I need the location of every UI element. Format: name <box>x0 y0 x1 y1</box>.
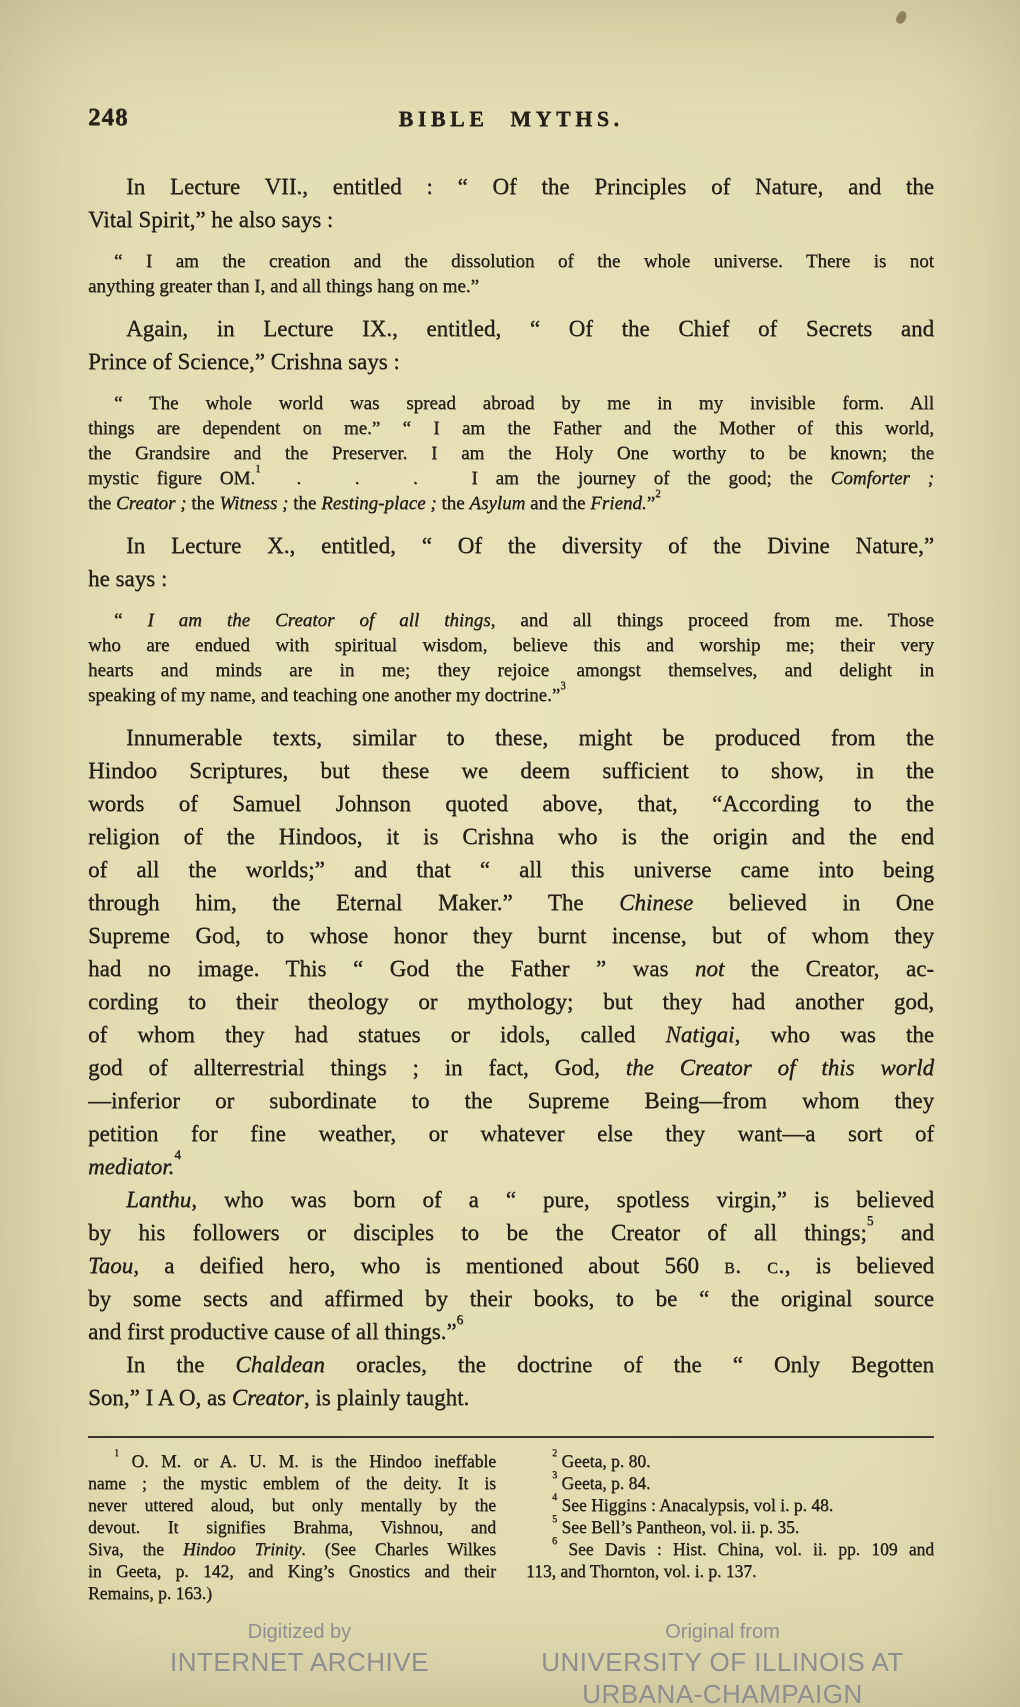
text-line: god of allterrestrial things ; in fact, … <box>88 1051 934 1084</box>
digitized-by-block: Digitized by INTERNET ARCHIVE <box>88 1618 511 1707</box>
text-line: of all the worlds;” and that “ all this … <box>88 853 934 886</box>
text-line: mediator.4 <box>88 1150 934 1183</box>
text-line: petition for fine weather, or whatever e… <box>88 1117 934 1150</box>
text-body: In Lecture VII., entitled : “ Of the Pri… <box>88 170 934 1414</box>
styled-text: the Creator of this world <box>626 1055 934 1080</box>
body-paragraph: In the Chaldean oracles, the doctrine of… <box>88 1348 934 1414</box>
text-line: mystic figure OM.1 . . . I am the journe… <box>88 466 934 491</box>
text-line: cording to their theology or mythology; … <box>88 985 934 1018</box>
styled-text: Comforter ; <box>831 468 934 489</box>
text-line: Again, in Lecture IX., entitled, “ Of th… <box>88 312 934 345</box>
styled-text: Hindoo Trinity <box>183 1539 301 1559</box>
styled-text: Lanthu <box>126 1187 191 1212</box>
internet-archive-label: INTERNET ARCHIVE <box>88 1646 511 1678</box>
text-line: religion of the Hindoos, it is Crishna w… <box>88 820 934 853</box>
quote-paragraph: “ I am the Creator of all things, and al… <box>88 608 934 708</box>
footnote-line: 5 See Bell’s Pantheon, vol. ii. p. 35. <box>526 1516 934 1538</box>
footnote-marker: 2 <box>552 1448 557 1459</box>
footnote-column-left: 1 O. M. or A. U. M. is the Hindoo ineffa… <box>88 1450 496 1604</box>
text-line: the Grandsire and the Preserver. I am th… <box>88 441 934 466</box>
text-line: In Lecture X., entitled, “ Of the divers… <box>88 529 934 562</box>
body-paragraph: In Lecture X., entitled, “ Of the divers… <box>88 529 934 595</box>
body-paragraph: In Lecture VII., entitled : “ Of the Pri… <box>88 170 934 236</box>
original-from-label: Original from <box>511 1618 934 1646</box>
footnote-marker: 1 <box>114 1448 119 1459</box>
text-line: In the Chaldean oracles, the doctrine of… <box>88 1348 934 1381</box>
footnote-marker: 3 <box>560 680 566 692</box>
text-line: by some sects and affirmed by their book… <box>88 1282 934 1315</box>
footnote-line: Remains, p. 163.) <box>88 1582 496 1604</box>
body-paragraph: Innumerable texts, similar to these, mig… <box>88 721 934 1183</box>
footnote-marker: 4 <box>174 1147 181 1162</box>
styled-text: Resting-place ; <box>321 493 437 514</box>
text-line: things are dependent on me.” “ I am the … <box>88 416 934 441</box>
footnote-marker: 6 <box>552 1536 557 1547</box>
footnote-marker: 2 <box>655 488 661 500</box>
text-line: —inferior or subordinate to the Supreme … <box>88 1084 934 1117</box>
styled-text: Creator <box>232 1385 304 1410</box>
footnote-separator <box>88 1436 934 1438</box>
text-line: who are endued with spiritual wisdom, be… <box>88 633 934 658</box>
footnote-marker: 6 <box>457 1312 464 1327</box>
footnotes-section: 1 O. M. or A. U. M. is the Hindoo ineffa… <box>88 1450 934 1604</box>
text-line: words of Samuel Johnson quoted above, th… <box>88 787 934 820</box>
styled-text: Witness ; <box>219 493 288 514</box>
footnote-line: 1 O. M. or A. U. M. is the Hindoo ineffa… <box>88 1450 496 1472</box>
text-line: “ I am the Creator of all things, and al… <box>88 608 934 633</box>
styled-text: not <box>695 956 724 981</box>
quote-paragraph: “ I am the creation and the dissolution … <box>88 249 934 299</box>
footnote-line: 3 Geeta, p. 84. <box>526 1472 934 1494</box>
styled-text: Creator ; <box>116 493 187 514</box>
footnote-marker: 1 <box>255 463 261 475</box>
text-line: anything greater than I, and all things … <box>88 274 934 299</box>
text-line: Innumerable texts, similar to these, mig… <box>88 721 934 754</box>
text-line: Lanthu, who was born of a “ pure, spotle… <box>88 1183 934 1216</box>
text-line: by his followers or disciples to be the … <box>88 1216 934 1249</box>
text-line: Hindoo Scriptures, but these we deem suf… <box>88 754 934 787</box>
styled-text: Natigai <box>665 1022 734 1047</box>
text-line: Prince of Science,” Crishna says : <box>88 345 934 378</box>
text-line: Vital Spirit,” he also says : <box>88 203 934 236</box>
footnote-line: in Geeta, p. 142, and King’s Gnostics an… <box>88 1560 496 1582</box>
text-line: and first productive cause of all things… <box>88 1315 934 1348</box>
text-line: had no image. This “ God the Father ” wa… <box>88 952 934 985</box>
text-line: hearts and minds are in me; they rejoice… <box>88 658 934 683</box>
footnote-line: Siva, the Hindoo Trinity. (See Charles W… <box>88 1538 496 1560</box>
footnote-marker: 3 <box>552 1470 557 1481</box>
text-line: speaking of my name, and teaching one an… <box>88 683 934 708</box>
footnote-line: 6 See Davis : Hist. China, vol. ii. pp. … <box>526 1538 934 1560</box>
footnote-line: 2 Geeta, p. 80. <box>526 1450 934 1472</box>
text-line: through him, the Eternal Maker.” The Chi… <box>88 886 934 919</box>
running-title: BIBLE MYTHS. <box>88 104 934 132</box>
university-label-2: URBANA-CHAMPAIGN <box>511 1678 934 1707</box>
footnote-line: 4 See Higgins : Anacalypsis, vol i. p. 4… <box>526 1494 934 1516</box>
styled-text: I am the Creator of all things <box>147 610 490 631</box>
footnote-line: devout. It signifies Brahma, Vishnou, an… <box>88 1516 496 1538</box>
footnote-marker: 5 <box>867 1213 874 1228</box>
styled-text: b. c. <box>724 1253 785 1278</box>
digitized-by-label: Digitized by <box>88 1618 511 1646</box>
footnote-column-right: 2 Geeta, p. 80.3 Geeta, p. 84.4 See Higg… <box>526 1450 934 1604</box>
university-label: UNIVERSITY OF ILLINOIS AT <box>511 1646 934 1678</box>
styled-text: Friend. <box>590 493 646 514</box>
text-line: “ I am the creation and the dissolution … <box>88 249 934 274</box>
styled-text: Taou <box>88 1253 133 1278</box>
text-line: In Lecture VII., entitled : “ Of the Pri… <box>88 170 934 203</box>
page-content: 248 BIBLE MYTHS. In Lecture VII., entitl… <box>0 0 1020 1707</box>
text-line: the Creator ; the Witness ; the Resting-… <box>88 491 934 516</box>
footnote-line: never uttered aloud, but only mentally b… <box>88 1494 496 1516</box>
text-line: Son,” I A O, as Creator, is plainly taug… <box>88 1381 934 1414</box>
text-line: “ The whole world was spread abroad by m… <box>88 391 934 416</box>
quote-paragraph: “ The whole world was spread abroad by m… <box>88 391 934 516</box>
page-header: 248 BIBLE MYTHS. <box>88 104 934 134</box>
text-line: Taou, a deified hero, who is mentioned a… <box>88 1249 934 1282</box>
body-paragraph: Lanthu, who was born of a “ pure, spotle… <box>88 1183 934 1348</box>
styled-text: Chaldean <box>235 1352 324 1377</box>
body-paragraph: Again, in Lecture IX., entitled, “ Of th… <box>88 312 934 378</box>
scanned-book-page: 248 BIBLE MYTHS. In Lecture VII., entitl… <box>0 0 1020 1707</box>
footnote-marker: 5 <box>552 1514 557 1525</box>
styled-text: mediator. <box>88 1154 174 1179</box>
original-from-block: Original from UNIVERSITY OF ILLINOIS AT … <box>511 1618 934 1707</box>
page-number: 248 <box>88 104 129 132</box>
text-line: of whom they had statues or idols, calle… <box>88 1018 934 1051</box>
footnote-marker: 4 <box>552 1492 557 1503</box>
scan-footer: Digitized by INTERNET ARCHIVE Original f… <box>88 1618 934 1707</box>
styled-text: Chinese <box>619 890 693 915</box>
styled-text: Asylum <box>469 493 525 514</box>
text-line: he says : <box>88 562 934 595</box>
footnote-line: name ; the mystic emblem of the deity. I… <box>88 1472 496 1494</box>
footnote-line: 113, and Thornton, vol. i. p. 137. <box>526 1560 934 1582</box>
text-line: Supreme God, to whose honor they burnt i… <box>88 919 934 952</box>
